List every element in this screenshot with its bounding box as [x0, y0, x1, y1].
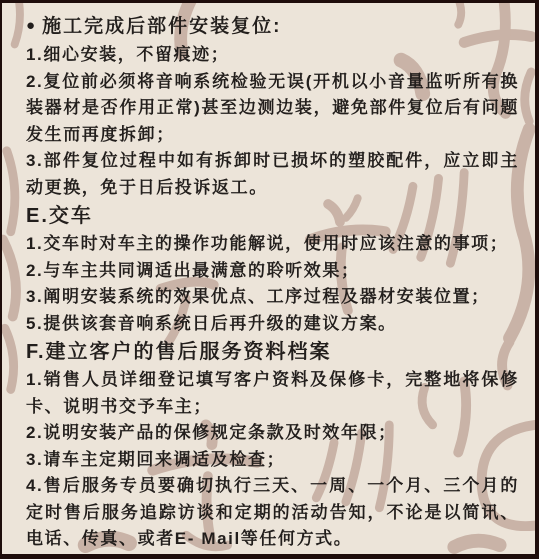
- list-item: 2.与车主共同调适出最满意的聆听效果；: [26, 258, 519, 285]
- list-item: 1.销售人员详细登记填写客户资料及保修卡，完整地将保修卡、说明书交予车主；: [26, 367, 519, 420]
- list-item: 2.说明安装产品的保修规定条款及时效年限；: [26, 420, 519, 447]
- list-item: 3.请车主定期回来调适及检查；: [26, 447, 519, 474]
- list-item: 3.部件复位过程中如有拆卸时已损坏的塑胶配件，应立即主动更换，免于日后投诉返工。: [26, 148, 519, 201]
- list-item: 1.交车时对车主的操作功能解说，使用时应该注意的事项；: [26, 231, 519, 258]
- section-heading-install-reset: ●施工完成后部件安装复位:: [26, 11, 519, 42]
- section-heading-delivery: E.交车: [26, 201, 519, 231]
- document-content: ●施工完成后部件安装复位: 1.细心安装，不留痕迹； 2.复位前必须将音响系统检…: [2, 3, 535, 553]
- list-item: 3.阐明安装系统的效果优点、工序过程及器材安装位置；: [26, 284, 519, 311]
- section-heading-text: F.建立客户的售后服务资料档案: [26, 341, 332, 363]
- bullet-icon: ●: [26, 11, 37, 41]
- section-heading-text: 施工完成后部件安装复位:: [42, 16, 281, 37]
- list-item: 5.提供该套音响系统日后再升级的建议方案。: [26, 311, 519, 338]
- section-heading-aftersales-file: F.建立客户的售后服务资料档案: [26, 337, 519, 367]
- list-item: 1.细心安装，不留痕迹；: [26, 42, 519, 69]
- section-heading-text: E.交车: [26, 205, 93, 227]
- list-item: 2.复位前必须将音响系统检验无误(开机以小音量监听所有换装器材是否作用正常)甚至…: [26, 69, 519, 149]
- document-page: ●施工完成后部件安装复位: 1.细心安装，不留痕迹； 2.复位前必须将音响系统检…: [0, 0, 539, 559]
- list-item: 4.售后服务专员要确切执行三天、一周、一个月、三个月的定时售后服务追踪访谈和定期…: [26, 473, 519, 553]
